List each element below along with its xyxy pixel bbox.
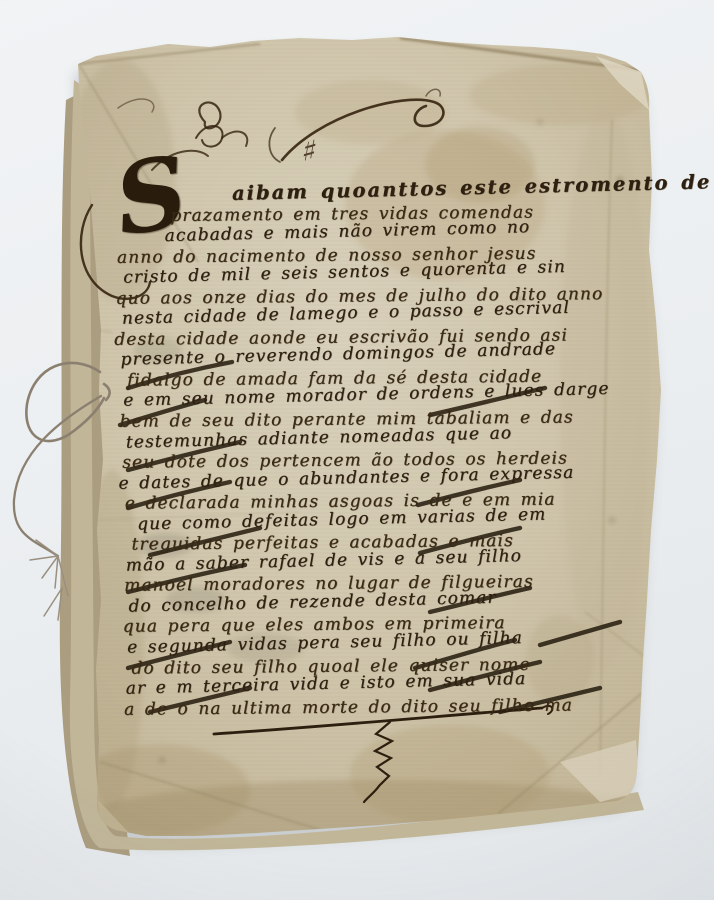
manuscript-photo: S ♯ aibam quoanttos este estromento de e… xyxy=(0,0,714,900)
manuscript-line: a de o na ultima morte do dito seu filho… xyxy=(124,695,618,720)
manuscript-text: aibam quoanttos este estromento de em pr… xyxy=(106,178,618,720)
